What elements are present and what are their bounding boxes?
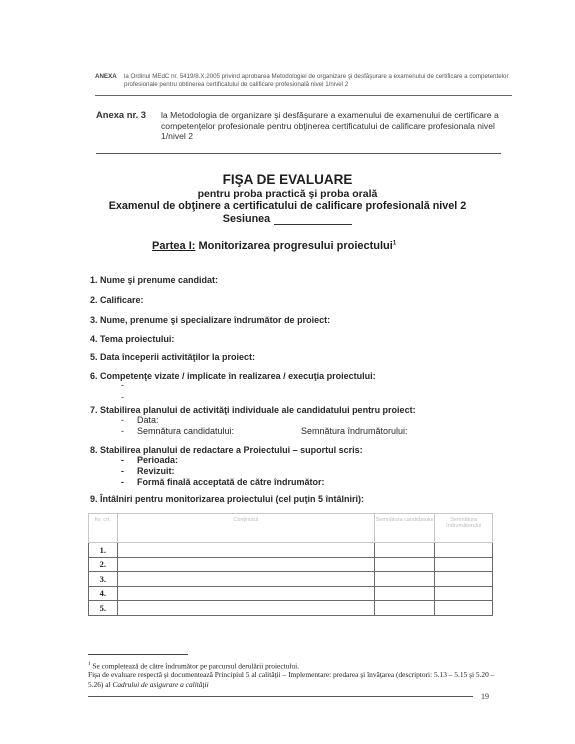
annex3-divider — [96, 153, 501, 154]
title-subtitle-1: pentru proba practică şi proba orală — [0, 188, 575, 200]
order-annex-header: ANEXA la Ordinul MEdC nr. 5419/8.X.2005 … — [95, 73, 515, 89]
row-number: 4. — [89, 586, 118, 601]
table-row: 4. — [89, 586, 493, 601]
table-row: 1. — [89, 543, 493, 558]
table-row: 3. — [89, 572, 493, 587]
competence-bullet: - — [121, 380, 124, 390]
advisor-signature-cell[interactable] — [435, 557, 493, 572]
table-header-row: Nr. crt. Conţinutul Semnătura candidatul… — [89, 514, 493, 543]
col-header-advisor-signature: Semnătura îndrumătorului — [435, 514, 493, 543]
title-subtitle-2: Examenul de obţinere a certificatului de… — [0, 200, 575, 212]
writing-final-form: - Formă finală acceptată de către îndrum… — [121, 477, 421, 489]
annex3-header: Anexa nr. 3 la Metodologia de organizare… — [96, 110, 506, 142]
field-candidate-name: 1. Nume şi prenume candidat: — [90, 275, 218, 285]
field-project-theme: 4. Tema proiectului: — [90, 334, 174, 344]
table-row: 5. — [89, 601, 493, 616]
page-number: 19 — [481, 692, 489, 701]
content-cell[interactable] — [117, 572, 374, 587]
candidate-signature-cell[interactable] — [374, 601, 435, 616]
date-label: Data: — [137, 415, 159, 425]
row-number: 5. — [89, 601, 118, 616]
annex3-text: la Metodologia de organizare şi desfăşur… — [161, 110, 506, 142]
advisor-signature-cell[interactable] — [435, 572, 493, 587]
advisor-signature-cell[interactable] — [435, 601, 493, 616]
candidate-signature-cell[interactable] — [374, 586, 435, 601]
row-number: 1. — [89, 543, 118, 558]
field-activity-plan: 7. Stabilirea planului de activităţi ind… — [90, 405, 416, 415]
annex-text: la Ordinul MEdC nr. 5419/8.X.2005 privin… — [124, 73, 515, 89]
competence-bullet: - — [121, 392, 124, 402]
page-title: FIŞA DE EVALUARE — [0, 172, 575, 187]
field-qualification: 2. Calificare: — [90, 295, 144, 305]
section-title: Monitorizarea progresului proiectului — [195, 240, 392, 252]
col-header-nr: Nr. crt. — [89, 514, 118, 543]
table-row: 2. — [89, 557, 493, 572]
content-cell[interactable] — [117, 543, 374, 558]
footnote-quality: Fişa de evaluare respectă şi documenteaz… — [88, 670, 508, 689]
content-cell[interactable] — [117, 586, 374, 601]
candidate-signature-label: Semnătura candidatului: — [137, 426, 234, 436]
row-number: 2. — [89, 557, 118, 572]
footnote-divider — [88, 654, 188, 655]
col-header-candidate-signature: Semnătura candidatului — [374, 514, 435, 543]
meetings-table: Nr. crt. Conţinutul Semnătura candidatul… — [88, 513, 493, 616]
section-prefix: Partea I: — [152, 240, 195, 252]
candidate-signature-cell[interactable] — [374, 572, 435, 587]
footer-divider — [88, 696, 473, 697]
section-heading: Partea I: Monitorizarea progresului proi… — [152, 240, 396, 252]
session-line: Sesiunea — [0, 213, 575, 225]
activity-plan-signatures: - Semnătura candidatului: Semnătura îndr… — [121, 426, 441, 438]
field-writing-plan: 8. Stabilirea planului de redactare a Pr… — [90, 445, 363, 455]
footnote-ref: 1 — [393, 240, 396, 246]
advisor-signature-cell[interactable] — [435, 543, 493, 558]
candidate-signature-cell[interactable] — [374, 557, 435, 572]
advisor-signature-cell[interactable] — [435, 586, 493, 601]
candidate-signature-cell[interactable] — [374, 543, 435, 558]
col-header-content: Conţinutul — [117, 514, 374, 543]
content-cell[interactable] — [117, 601, 374, 616]
header-divider — [95, 95, 512, 96]
field-meetings: 9. Întâlniri pentru monitorizarea proiec… — [90, 494, 364, 504]
field-competences: 6. Competenţe vizate / implicate în real… — [90, 371, 376, 381]
annex3-label: Anexa nr. 3 — [96, 110, 146, 121]
advisor-signature-label: Semnătura îndrumătorului: — [301, 426, 408, 436]
field-advisor: 3. Nume, prenume şi specializare îndrumă… — [90, 315, 330, 325]
content-cell[interactable] — [117, 557, 374, 572]
field-start-date: 5. Data începerii activităţilor la proie… — [90, 352, 255, 362]
annex-label: ANEXA — [95, 73, 117, 81]
row-number: 3. — [89, 572, 118, 587]
session-label: Sesiunea — [223, 213, 270, 225]
session-blank-field[interactable] — [274, 214, 352, 225]
